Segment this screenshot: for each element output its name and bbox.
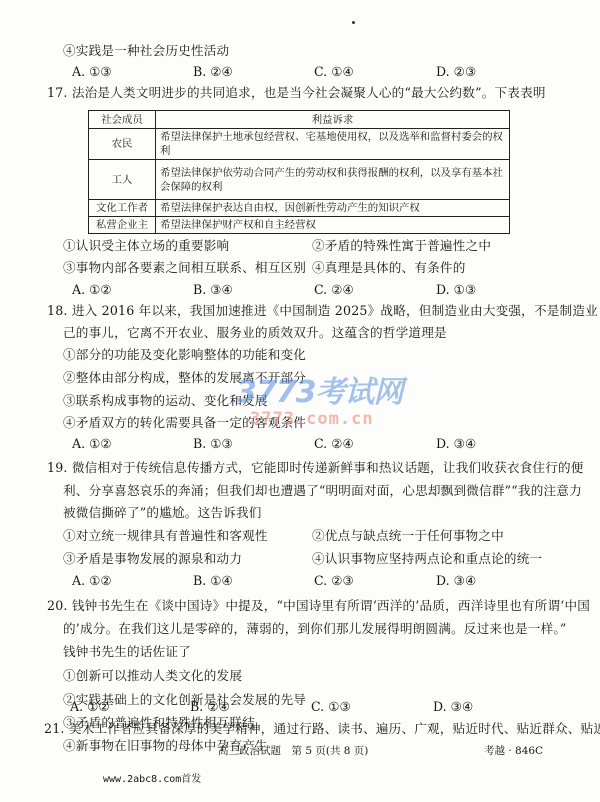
prev-option-c: C. ①④ xyxy=(314,64,354,80)
table-row: 私营企业主 希望法律保护财产权和自主经营权 xyxy=(89,217,510,234)
q17-option-d: D. ①③ xyxy=(436,282,476,298)
q18-stem-line-2: 己的事儿，它离不开农业、服务业的质效双升。这蕴含的哲学道理是 xyxy=(63,325,447,341)
q20-stem-line-1: 20. 钱钟书先生在《谈中国诗》中提及，“中国诗里有所谓‘西洋的’品质，西洋诗里… xyxy=(47,598,590,614)
page-footer-center: 高三政治试题 第 5 页(共 8 页) xyxy=(218,744,368,758)
q20-option-b: B. ②④ xyxy=(190,699,230,715)
table-cell-claim: 希望法律保护土地承包经营权、宅基地使用权，以及选举和监督村委会的权利 xyxy=(156,129,510,160)
prev-option-a: A. ①③ xyxy=(72,64,112,80)
q20-stem-line-2: 的’成分。在我们这儿是零碎的，薄弱的，到你们那儿发展得明朗圆满。反过来也是一样。… xyxy=(63,621,567,637)
prev-option-d: D. ②③ xyxy=(436,64,476,80)
prev-option-b: B. ②④ xyxy=(193,64,233,80)
q19-option-c: C. ②③ xyxy=(314,573,354,589)
q17-option-a: A. ①② xyxy=(72,282,112,298)
table-row: 农民 希望法律保护土地承包经营权、宅基地使用权，以及选举和监督村委会的权利 xyxy=(89,129,510,160)
table-cell-member: 文化工作者 xyxy=(89,200,156,217)
q19-option-b: B. ①④ xyxy=(193,573,233,589)
q18-option-c: C. ②④ xyxy=(314,436,354,452)
q19-option-d: D. ③④ xyxy=(436,573,476,589)
q19-statement-3: ③矛盾是事物发展的源泉和动力 xyxy=(63,551,242,567)
q17-statement-3: ③事物内部各要素之间相互联系、相互区别 xyxy=(63,260,306,276)
table-row: 文化工作者 希望法律保护表达自由权，因创新性劳动产生的知识产权 xyxy=(89,200,510,217)
watermark-brand: 3773考试网 xyxy=(236,377,403,409)
q21-stem-line-1: 21. 美术工作者应具备深厚的美学精神，通过行路、读书、遍历、广观，贴近时代、贴… xyxy=(44,721,600,737)
q18-option-d: D. ③④ xyxy=(436,436,476,452)
table-header-claim: 利益诉求 xyxy=(156,111,510,129)
table-row: 工人 希望法律保护依劳动合同产生的劳动权和获得报酬的权利，以及享有基本社会保障的… xyxy=(89,160,510,200)
prev-statement-4: ④实践是一种社会历史性活动 xyxy=(63,43,229,59)
table-cell-claim: 希望法律保护表达自由权，因创新性劳动产生的知识产权 xyxy=(156,200,510,217)
q19-stem-line-1: 19. 微信相对于传统信息传播方式，它能即时传递新鲜事和热议话题，让我们收获衣食… xyxy=(47,460,584,476)
q17-option-c: C. ②④ xyxy=(314,282,354,298)
table-cell-claim: 希望法律保护财产权和自主经营权 xyxy=(156,217,510,234)
q20-option-c: C. ①③ xyxy=(311,699,351,715)
table-cell-claim: 希望法律保护依劳动合同产生的劳动权和获得报酬的权利，以及享有基本社会保障的权利 xyxy=(156,160,510,200)
table-cell-member: 私营企业主 xyxy=(89,217,156,234)
source-note: www.2abc8.com首发 xyxy=(103,770,201,785)
q20-option-a: A. ①② xyxy=(70,699,110,715)
q18-statement-1: ①部分的功能及变化影响整体的功能和变化 xyxy=(63,347,306,363)
table-header-member: 社会成员 xyxy=(89,111,156,129)
q19-stem-line-3: 被微信撕碎了”的尴尬。这告诉我们 xyxy=(63,505,262,521)
q20-statement-1: ①创新可以推动人类文化的发展 xyxy=(63,668,242,684)
q20-option-d: D. ③④ xyxy=(433,699,473,715)
interest-claims-table: 社会成员 利益诉求 农民 希望法律保护土地承包经营权、宅基地使用权，以及选举和监… xyxy=(88,110,510,234)
q20-stem-line-3: 钱钟书先生的话佐证了 xyxy=(63,644,191,660)
scan-speck xyxy=(352,21,355,24)
q17-statement-2: ②矛盾的特殊性寓于普遍性之中 xyxy=(312,238,491,254)
q19-statement-2: ②优点与缺点统一于任何事物之中 xyxy=(312,528,504,544)
q19-statement-4: ④认识事物应坚持两点论和重点论的统一 xyxy=(312,551,542,567)
q17-stem: 17. 法治是人类文明进步的共同追求，也是当今社会凝聚人心的“最大公约数”。下表… xyxy=(47,85,546,101)
q18-option-b: B. ①③ xyxy=(193,436,233,452)
page-footer-code: 考越 · 846C xyxy=(484,744,543,758)
q17-statement-4: ④真理是具体的、有条件的 xyxy=(312,260,466,276)
q18-stem-line-1: 18. 进入 2016 年以来，我国加速推进《中国制造 2025》战略，但制造业… xyxy=(47,303,600,319)
table-cell-member: 工人 xyxy=(89,160,156,200)
table-cell-member: 农民 xyxy=(89,129,156,160)
watermark-domain: 3773.com.cn xyxy=(250,410,374,428)
q19-statement-1: ①对立统一规律具有普遍性和客观性 xyxy=(63,528,268,544)
table-header-row: 社会成员 利益诉求 xyxy=(89,111,510,129)
q19-stem-line-2: 利、分享喜怒哀乐的奔涌；但我们却也遭遇了“明明面对面，心思却飘到微信群”“我的注… xyxy=(63,483,582,499)
q19-option-a: A. ①② xyxy=(72,573,112,589)
q18-option-a: A. ①② xyxy=(72,436,112,452)
q17-option-b: B. ③④ xyxy=(193,282,233,298)
q17-statement-1: ①认识受主体立场的重要影响 xyxy=(63,238,229,254)
